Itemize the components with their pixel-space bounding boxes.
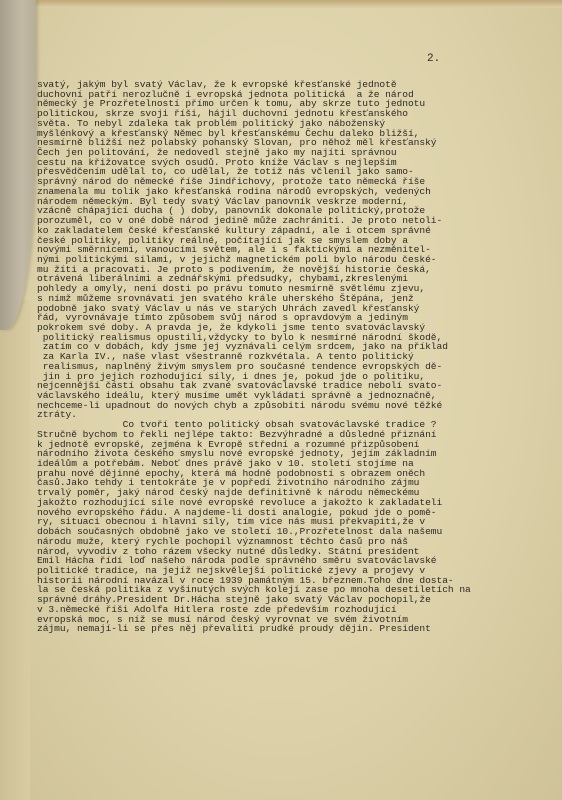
typewritten-page: 2. svatý, jakým byl svatý Václav, že k e… [0, 0, 562, 800]
page-top-edge [30, 0, 562, 8]
page-number: 2. [427, 53, 440, 65]
text-line: zájmu, nemají-li se přes něj převaliti p… [37, 624, 537, 634]
document-body: svatý, jakým byl svatý Václav, že k evro… [37, 80, 537, 634]
curled-page-corner [0, 0, 36, 330]
text-line: nechceme-li upadnout do nových chyb a zp… [37, 401, 537, 411]
left-margin-shadow [0, 300, 30, 800]
